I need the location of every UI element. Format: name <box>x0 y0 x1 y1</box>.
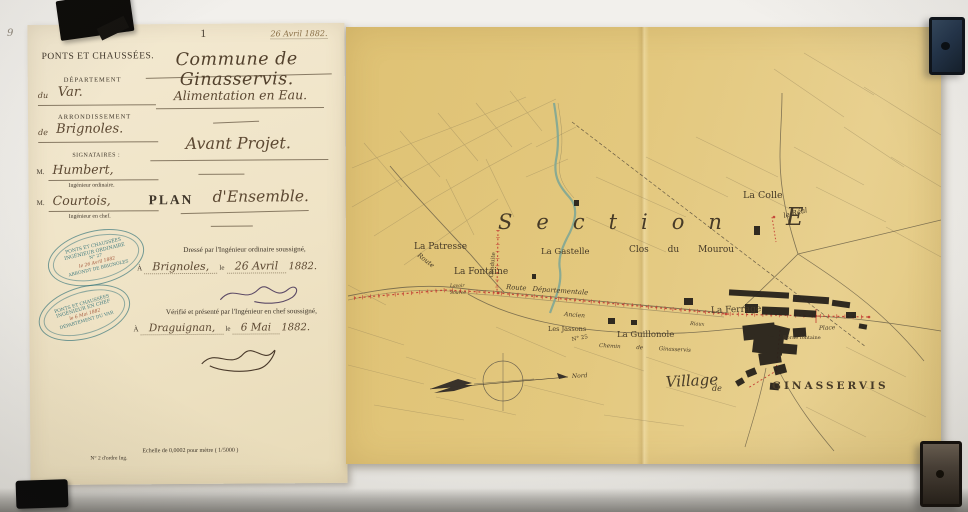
table-edge-shadow <box>0 488 968 512</box>
label-chemin-de-ginasservis: Chemin de Ginasservis <box>599 343 691 354</box>
subtitle-alimentation: Alimentation en Eau. <box>148 87 333 103</box>
label-source: Source <box>450 290 466 296</box>
label-riaux: Riaux <box>689 321 705 328</box>
label-ginasservis: GINASSERVIS <box>772 380 889 392</box>
label-la-fontaine: La Fontaine <box>454 267 508 277</box>
label-village: Village <box>665 370 718 391</box>
ruled-line <box>38 104 156 106</box>
plan-label: PLAN <box>149 192 194 208</box>
ruled-line <box>38 141 158 143</box>
date-annotation: 26 Avril 1882. <box>270 29 327 39</box>
signature-ingenieur-en-chef <box>192 337 292 374</box>
label-route: Route <box>415 251 436 270</box>
commune-title: Commune de Ginasservis. <box>132 49 342 90</box>
project-underline <box>150 159 328 161</box>
label-borne-fontaine: Borne fontaine <box>783 335 821 341</box>
label-nord: Nord <box>571 372 588 380</box>
photo-weight <box>16 479 69 509</box>
signer1-prefix: M. <box>36 168 44 176</box>
arrondissement-value: Brignoles. <box>56 121 123 136</box>
label-lavoir: Lavoir <box>449 283 465 289</box>
subtitle-underline <box>156 107 324 109</box>
stream <box>550 103 575 313</box>
signer1-role: Ingénieur ordinaire. <box>69 183 115 189</box>
verified-date: 6 Mai <box>233 321 279 334</box>
verified-place: Draguignan, <box>141 322 223 336</box>
arrondissement-prefix: de <box>38 128 48 137</box>
label-la-patresse: La Patresse <box>414 242 467 252</box>
verified-date-line: À Draguignan, le 6 Mai 1882. <box>133 321 355 335</box>
label-place: Place <box>818 324 836 332</box>
weight-dot <box>941 42 950 50</box>
avant-projet: Avant Projet. <box>143 133 333 153</box>
label-les-jassons: Les Jassons <box>548 325 586 333</box>
ruled-line <box>48 179 158 181</box>
divider-squiggle <box>211 226 253 227</box>
plan-suffix: d'Ensemble. <box>213 187 309 206</box>
photograph-of-plan: 9 1 26 Avril 1882. PONTS ET CHAUSSÉES. D… <box>0 0 968 512</box>
label-n25: N° 25 <box>571 334 589 343</box>
stamp-inner-ring <box>48 226 144 289</box>
signer2-name: Courtois, <box>53 193 111 208</box>
department-label: DÉPARTEMENT <box>64 76 122 83</box>
verified-at: À <box>133 325 138 333</box>
signer2-prefix: M. <box>37 199 45 207</box>
stamp-inner-ring <box>38 281 130 345</box>
label-de: de <box>712 384 722 393</box>
label-la-guillonole: La Guillonole <box>617 330 674 340</box>
drafted-place: Brignoles, <box>144 260 217 275</box>
department-prefix: du <box>38 91 48 100</box>
stamp-ingenieur-en-chef: PONTS ET CHAUSSÉES INGÉNIEUR EN CHEF le … <box>32 275 137 351</box>
drafted-caption: Dressé par l'Ingénieur ordinaire soussig… <box>137 245 352 255</box>
label-ancien: Ancien <box>563 311 585 320</box>
divider-squiggle <box>213 121 259 124</box>
signer2-role: Ingénieur en chef. <box>69 214 111 220</box>
scale-note: Echelle de 0,0002 pour mètre ( 1/5000 ) <box>142 448 238 455</box>
label-clos-du-mourou: Clos du Mourou <box>629 245 734 255</box>
divider-squiggle <box>198 174 244 175</box>
verified-year: 1882. <box>281 322 310 333</box>
signature-ingenieur-ordinaire <box>214 275 314 308</box>
drafted-date-line: À Brignoles, le 26 Avril 1882. <box>137 259 355 274</box>
department-value: Var. <box>58 85 83 100</box>
photo-weight <box>920 441 962 507</box>
page-number: 1 <box>200 28 206 40</box>
section-label: Section <box>498 210 746 234</box>
weight-dot <box>936 470 944 478</box>
title-page-sheet: 1 26 Avril 1882. PONTS ET CHAUSSÉES. DÉP… <box>27 23 347 485</box>
arrondissement-label: ARRONDISSEMENT <box>58 113 131 121</box>
label-la-ferrage: La Ferrage <box>711 304 762 316</box>
label-la-gastelle: La Gastelle <box>541 247 590 257</box>
drafted-year: 1882. <box>288 261 317 272</box>
order-note: N° 2 d'ordre Ing. <box>90 455 127 461</box>
compass-north-arrow <box>430 353 568 411</box>
signer1-name: Humbert, <box>52 162 113 177</box>
drafted-date: 26 Avril <box>227 259 287 273</box>
signataires-label: SIGNATAIRES : <box>72 152 120 158</box>
ruled-line <box>49 210 159 212</box>
photo-weight <box>929 17 965 75</box>
plan-underline <box>181 210 309 214</box>
archival-pencil-mark: 9 <box>7 28 13 39</box>
map-sheet: Section E La Patresse La Fontaine La Gas… <box>346 27 941 464</box>
drafted-at: À <box>137 264 142 272</box>
drafted-le: le <box>219 264 224 272</box>
label-la-colle: La Colle <box>743 190 783 201</box>
plan-densemble-map: Section E La Patresse La Fontaine La Gas… <box>346 27 941 464</box>
verified-caption: Vérifié et présenté par l'Ingénieur en c… <box>125 307 357 317</box>
verified-le: le <box>225 325 230 333</box>
